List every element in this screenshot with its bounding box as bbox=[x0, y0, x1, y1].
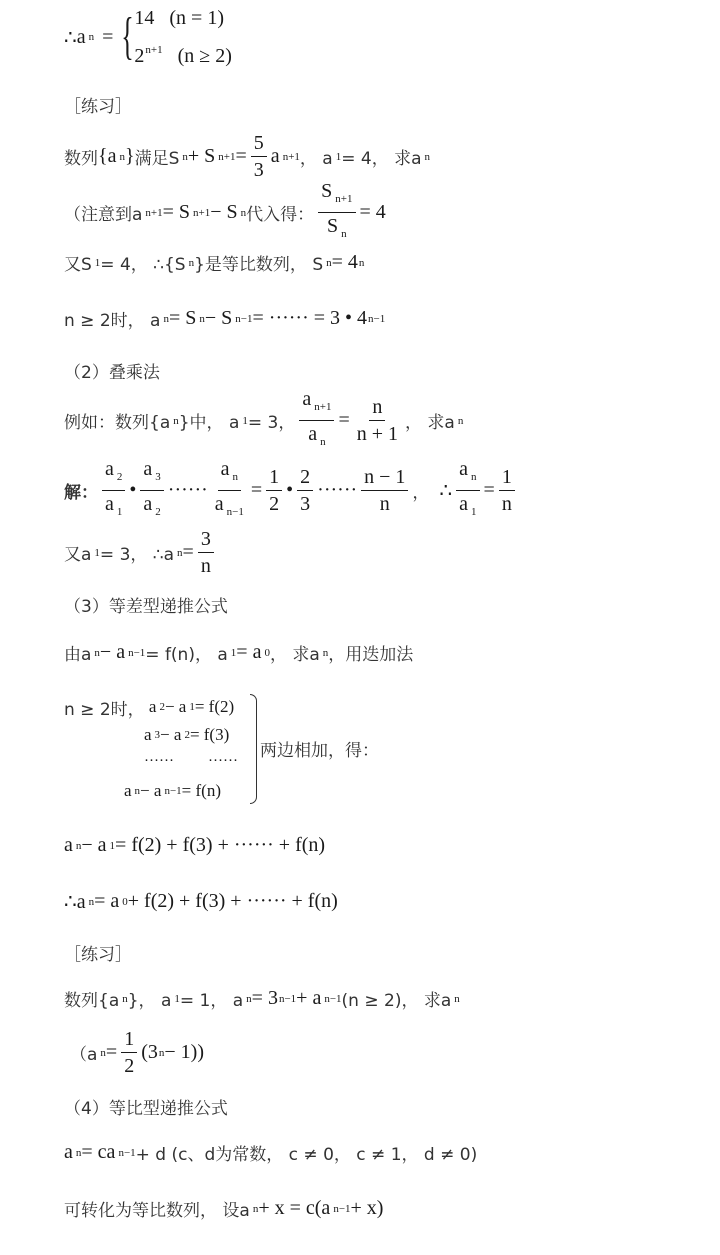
fraction: a3a2 bbox=[140, 458, 163, 523]
text: n ≥ 2时， a bbox=[64, 306, 160, 331]
numerator: 2 bbox=[297, 466, 313, 491]
text: ， 求a bbox=[405, 408, 455, 433]
text: ， bbox=[412, 478, 429, 503]
text: + S bbox=[188, 145, 215, 168]
subscript: n bbox=[320, 436, 326, 448]
therefore-symbol: ∴ bbox=[64, 25, 77, 50]
text: − a bbox=[160, 725, 181, 745]
subscript: 2 bbox=[155, 506, 161, 518]
text: a bbox=[105, 458, 114, 480]
therefore-symbol: ∴ bbox=[439, 478, 452, 503]
denominator: n bbox=[198, 553, 214, 577]
practice-heading: ［练习］ bbox=[64, 92, 132, 117]
case-value: 14 bbox=[134, 7, 154, 29]
fraction: 53 bbox=[251, 132, 267, 181]
text: − S bbox=[205, 307, 232, 330]
text: − a bbox=[81, 834, 106, 857]
numerator: 1 bbox=[499, 466, 515, 491]
practice-problem-2: 数列{an }， a1 = 1， an = 3n−1 + an−1 (n ≥ 2… bbox=[64, 986, 460, 1011]
fraction: 23 bbox=[297, 466, 313, 515]
text: n ≥ 2时， bbox=[64, 695, 145, 720]
fraction: an+1an bbox=[299, 388, 334, 453]
geometric-recurrence: an = can−1 + d (c、d为常数， c ≠ 0， c ≠ 1， d … bbox=[64, 1140, 477, 1165]
text: (3 bbox=[141, 1041, 158, 1064]
section-heading-3: （3）等差型递推公式 bbox=[64, 592, 228, 617]
equation-system: n ≥ 2时， a2 − a1 = f(2) a3 − a2 = f(3) ··… bbox=[64, 694, 464, 806]
fraction: 12 bbox=[266, 466, 282, 515]
fraction: Sn+1Sn bbox=[318, 180, 355, 245]
numerator: 5 bbox=[251, 132, 267, 157]
dot: • bbox=[129, 479, 136, 502]
equals: = bbox=[338, 409, 349, 432]
text: 数列{a bbox=[64, 986, 119, 1011]
superscript: n−1 bbox=[279, 993, 296, 1005]
text: − a bbox=[140, 781, 161, 801]
text: ，用迭加法 bbox=[328, 640, 413, 665]
text: a bbox=[459, 458, 468, 480]
example-line: 例如：数列{an }中， a1 = 3， an+1an = nn + 1 ， 求… bbox=[64, 388, 463, 453]
equals: = bbox=[251, 479, 262, 502]
subscript: n−1 bbox=[118, 1147, 135, 1159]
subscript: 2 bbox=[117, 471, 123, 483]
text: 数列 bbox=[64, 144, 98, 169]
ellipsis: ······ bbox=[208, 753, 238, 770]
fraction: 3n bbox=[198, 528, 214, 577]
text: = a bbox=[236, 641, 261, 664]
subscript: 3 bbox=[155, 471, 161, 483]
superscript: n bbox=[359, 257, 365, 269]
subscript: n+1 bbox=[145, 207, 162, 219]
text: a bbox=[271, 145, 280, 168]
subscript: n−1 bbox=[333, 1203, 350, 1215]
text: 由a bbox=[64, 640, 91, 665]
denominator: n bbox=[499, 491, 515, 515]
numerator: an bbox=[218, 458, 241, 491]
denominator: an bbox=[305, 421, 328, 453]
text: (n ≥ 2)， 求a bbox=[342, 986, 452, 1011]
text: − a bbox=[100, 641, 125, 664]
fraction: ana1 bbox=[456, 458, 479, 523]
superscript: n+1 bbox=[145, 44, 162, 56]
subscript: 1 bbox=[471, 506, 477, 518]
text: a bbox=[308, 423, 317, 445]
superscript: n−1 bbox=[368, 313, 385, 325]
case-value: 2 bbox=[134, 45, 144, 67]
equals: = bbox=[102, 26, 113, 49]
solution-line: 解： a2a1 • a3a2 ······ anan−1 = 12 • 23 ·… bbox=[64, 458, 519, 523]
text: = 3 bbox=[252, 987, 278, 1010]
text: = ca bbox=[81, 1141, 115, 1164]
case-1: 14 (n = 1) bbox=[134, 2, 232, 34]
fraction: anan−1 bbox=[212, 458, 247, 523]
denominator: 3 bbox=[251, 157, 267, 181]
subscript: n−1 bbox=[227, 506, 244, 518]
text: = 4 bbox=[360, 201, 386, 224]
an-result: 又a1 = 3， ∴an = 3n bbox=[64, 528, 218, 577]
var-a: a bbox=[77, 26, 86, 49]
text: ∴a bbox=[64, 889, 86, 914]
subscript: n bbox=[233, 471, 239, 483]
text: − S bbox=[210, 201, 237, 224]
fraction: nn + 1 bbox=[354, 396, 401, 445]
text: a bbox=[124, 781, 132, 801]
subscript: n+1 bbox=[283, 151, 300, 163]
text: a bbox=[143, 493, 152, 515]
text: a bbox=[64, 834, 73, 857]
denominator: a1 bbox=[102, 491, 125, 523]
system-row-1: n ≥ 2时， a2 − a1 = f(2) bbox=[64, 694, 234, 720]
ellipsis: ······ bbox=[168, 479, 208, 502]
subscript: 1 bbox=[117, 506, 123, 518]
subscript: n bbox=[89, 31, 95, 43]
section-heading-4: （4）等比型递推公式 bbox=[64, 1094, 228, 1119]
text: {a bbox=[98, 145, 116, 168]
denominator: Sn bbox=[324, 213, 350, 245]
fraction: n − 1n bbox=[361, 466, 408, 515]
numerator: an bbox=[456, 458, 479, 491]
text: a bbox=[105, 493, 114, 515]
text: 例如：数列{a bbox=[64, 408, 170, 433]
subscript: n bbox=[471, 471, 477, 483]
an-derivation: n ≥ 2时， an = Sn − Sn−1 = ······ = 3 • 4n… bbox=[64, 306, 385, 331]
heading-text: ［练习］ bbox=[64, 940, 132, 965]
text: a bbox=[143, 458, 152, 480]
numerator: 1 bbox=[121, 1028, 137, 1053]
subscript: n−1 bbox=[128, 647, 145, 659]
text: }中， a bbox=[179, 408, 240, 433]
text: = 3， ∴a bbox=[100, 540, 174, 565]
case-condition: (n ≥ 2) bbox=[178, 45, 232, 67]
text: = f(2) bbox=[195, 697, 234, 717]
text: = S bbox=[169, 307, 196, 330]
fraction: 1n bbox=[499, 466, 515, 515]
text: = 4， 求a bbox=[341, 144, 421, 169]
fraction: 12 bbox=[121, 1028, 137, 1077]
text: + x = c(a bbox=[258, 1197, 330, 1220]
text: 又a bbox=[64, 540, 91, 565]
text: }， a bbox=[128, 986, 172, 1011]
text: = 3， bbox=[248, 408, 295, 433]
text: = S bbox=[163, 201, 190, 224]
denominator: 3 bbox=[297, 491, 313, 515]
right-brace bbox=[250, 694, 257, 804]
numerator: a3 bbox=[140, 458, 163, 491]
text: S bbox=[327, 215, 338, 237]
subscript: n+1 bbox=[218, 151, 235, 163]
equals: = bbox=[183, 541, 194, 564]
text: 可转化为等比数列， 设a bbox=[64, 1196, 250, 1221]
text: （注意到a bbox=[64, 200, 142, 225]
text: = a bbox=[94, 890, 119, 913]
numerator: an+1 bbox=[299, 388, 334, 421]
fraction: a2a1 bbox=[102, 458, 125, 523]
numerator: n − 1 bbox=[361, 466, 408, 491]
text: 又S bbox=[64, 250, 92, 275]
equals: = bbox=[236, 145, 247, 168]
text: a bbox=[64, 1141, 73, 1164]
an-general: ∴an = a0 + f(2) + f(3) + ······ + f(n) bbox=[64, 889, 338, 914]
text: a bbox=[215, 493, 224, 515]
text: } bbox=[125, 145, 135, 168]
transform-note: 可转化为等比数列， 设an + x = c(an−1 + x) bbox=[64, 1196, 383, 1221]
subscript: n+1 bbox=[314, 401, 331, 413]
sum-note: 两边相加，得： bbox=[260, 736, 379, 761]
equals: = bbox=[106, 1041, 117, 1064]
denominator: 2 bbox=[121, 1053, 137, 1077]
numerator: a2 bbox=[102, 458, 125, 491]
numerator: Sn+1 bbox=[318, 180, 355, 213]
text: = f(3) bbox=[190, 725, 229, 745]
text: = 1， a bbox=[180, 986, 243, 1011]
heading-text: ［练习］ bbox=[64, 92, 132, 117]
subscript: n−1 bbox=[235, 313, 252, 325]
left-brace: { bbox=[122, 11, 134, 63]
text: a bbox=[221, 458, 230, 480]
denominator: an−1 bbox=[212, 491, 247, 523]
numerator: n bbox=[369, 396, 385, 421]
system-row-3: ······ ······ bbox=[144, 748, 238, 774]
subscript: n bbox=[458, 415, 464, 427]
heading-text: （2）叠乘法 bbox=[64, 358, 160, 383]
text: = ······ = 3 • 4 bbox=[253, 307, 368, 330]
denominator: n + 1 bbox=[354, 421, 401, 445]
system-row-2: a3 − a2 = f(3) bbox=[144, 722, 229, 748]
subscript: n bbox=[454, 993, 460, 1005]
text: 代入得： bbox=[246, 200, 314, 225]
text: + x) bbox=[351, 1197, 384, 1220]
subscript: n+1 bbox=[335, 193, 352, 205]
text: a bbox=[149, 697, 157, 717]
text: = f(2) + f(3) + ······ + f(n) bbox=[115, 834, 325, 857]
subscript: n+1 bbox=[193, 207, 210, 219]
text: ， 求a bbox=[270, 640, 320, 665]
case-condition: (n = 1) bbox=[169, 7, 224, 29]
text: + d (c、d为常数， c ≠ 0， c ≠ 1， d ≠ 0) bbox=[136, 1140, 478, 1165]
additive-recurrence: 由an − an−1 = f(n)， a1 = a0 ， 求an ，用迭加法 bbox=[64, 640, 413, 665]
practice-problem-1: 数列 {an} 满足Sn + Sn+1 = 53 an+1 ， a1 = 4， … bbox=[64, 132, 430, 181]
denominator: a1 bbox=[456, 491, 479, 523]
subscript: n−1 bbox=[324, 993, 341, 1005]
text: − a bbox=[165, 697, 186, 717]
ellipsis: ······ bbox=[317, 479, 357, 502]
text: a bbox=[302, 388, 311, 410]
denominator: 2 bbox=[266, 491, 282, 515]
ellipsis: ······ bbox=[144, 753, 174, 770]
text: ， a bbox=[300, 144, 333, 169]
text: − 1)) bbox=[164, 1041, 204, 1064]
text: 满足S bbox=[135, 144, 180, 169]
numerator: 1 bbox=[266, 466, 282, 491]
section-heading-2: （2）叠乘法 bbox=[64, 358, 160, 383]
subscript: n bbox=[425, 151, 431, 163]
text: = 4 bbox=[332, 251, 358, 274]
text: a bbox=[144, 725, 152, 745]
denominator: n bbox=[377, 491, 393, 515]
text: S bbox=[321, 180, 332, 202]
text: （a bbox=[70, 1040, 97, 1065]
geometric-conclusion: 又S1 = 4， ∴{Sn }是等比数列， Sn = 4n bbox=[64, 250, 364, 275]
solution-label: 解： bbox=[64, 478, 98, 503]
system-row-4: an − an−1 = f(n) bbox=[124, 778, 221, 804]
practice-heading-2: ［练习］ bbox=[64, 940, 132, 965]
text: = 4， ∴{S bbox=[100, 250, 185, 275]
subscript: n bbox=[341, 228, 347, 240]
piecewise-formula: ∴ an = { 14 (n = 1) 2n+1 (n ≥ 2) bbox=[64, 2, 232, 72]
text: = f(n) bbox=[182, 781, 221, 801]
dot: • bbox=[286, 479, 293, 502]
text: + f(2) + f(3) + ······ + f(n) bbox=[128, 890, 338, 913]
practice-answer-2: （an = 12 (3n − 1)) bbox=[70, 1028, 204, 1077]
heading-text: （3）等差型递推公式 bbox=[64, 592, 228, 617]
subscript: n−1 bbox=[164, 785, 181, 797]
text: + a bbox=[296, 987, 321, 1010]
sum-result: an − a1 = f(2) + f(3) + ······ + f(n) bbox=[64, 834, 325, 857]
cases: 14 (n = 1) 2n+1 (n ≥ 2) bbox=[134, 2, 232, 72]
text: }是等比数列， S bbox=[194, 250, 323, 275]
numerator: 3 bbox=[198, 528, 214, 553]
equals: = bbox=[484, 479, 495, 502]
note-line: （注意到an+1 = Sn+1 − Sn 代入得： Sn+1Sn = 4 bbox=[64, 180, 386, 245]
denominator: a2 bbox=[140, 491, 163, 523]
text: = f(n)， a bbox=[145, 640, 228, 665]
heading-text: （4）等比型递推公式 bbox=[64, 1094, 228, 1119]
text: a bbox=[459, 493, 468, 515]
case-2: 2n+1 (n ≥ 2) bbox=[134, 34, 232, 72]
